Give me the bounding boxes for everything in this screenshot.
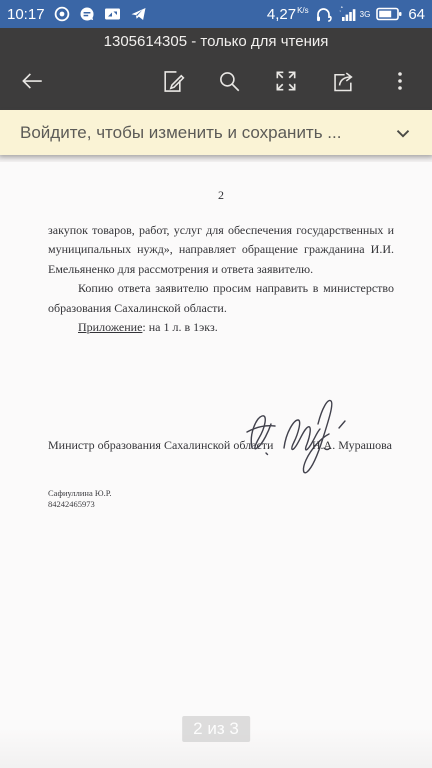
- contact-block: Сафиуллина Ю.Р. 84242465973: [48, 488, 394, 510]
- clock: 10:17: [7, 6, 45, 23]
- page-indicator-badge: 2 из 3: [182, 716, 250, 742]
- edit-document-icon: [159, 68, 186, 98]
- contact-phone: 84242465973: [48, 499, 394, 510]
- battery-percent: 64: [408, 6, 425, 23]
- chrome-icon: [54, 6, 70, 22]
- fullscreen-button[interactable]: [264, 61, 308, 105]
- search-button[interactable]: [207, 61, 251, 105]
- page-top-shadow: [0, 155, 432, 162]
- contact-name: Сафиуллина Ю.Р.: [48, 488, 394, 499]
- network-type-badge: 3G: [360, 10, 371, 19]
- back-button[interactable]: [10, 61, 54, 105]
- battery-icon: [376, 7, 402, 21]
- back-arrow-icon: [19, 68, 45, 97]
- share-button[interactable]: [321, 61, 365, 105]
- word-mobile-viewer-screen: 10:17 4,27K/s 3G: [0, 0, 432, 768]
- network-speed-unit: K/s: [297, 6, 309, 15]
- search-icon: [216, 68, 242, 97]
- document-scroll-area[interactable]: 2 закупок товаров, работ, услуг для обес…: [0, 155, 432, 768]
- attachment-label: Приложение: [78, 320, 142, 334]
- edit-button[interactable]: [150, 61, 194, 105]
- signal-bars-icon: [338, 5, 357, 23]
- status-bar-left: 10:17: [7, 6, 147, 23]
- screenshot-icon: [104, 6, 121, 22]
- toolbar-actions: [150, 61, 422, 105]
- network-speed: 4,27K/s: [267, 6, 309, 23]
- status-bar-right: 4,27K/s 3G 64: [267, 5, 425, 23]
- paragraph: закупок товаров, работ, услуг для обеспе…: [48, 221, 394, 280]
- overflow-menu-button[interactable]: [378, 61, 422, 105]
- signer-name: Н.А. Мурашова: [312, 436, 392, 456]
- chevron-down-icon[interactable]: [388, 118, 418, 148]
- fullscreen-expand-icon: [273, 68, 299, 97]
- signer-title: Министр образования Сахалинской области: [48, 436, 273, 456]
- attachment-detail: : на 1 л. в 1экз.: [142, 320, 217, 334]
- headset-icon: [315, 6, 332, 23]
- overflow-menu-icon: [388, 69, 412, 96]
- status-bar: 10:17 4,27K/s 3G: [0, 0, 432, 28]
- paragraph: Копию ответа заявителю просим направить …: [48, 279, 394, 318]
- page-number: 2: [48, 186, 394, 206]
- attachment-line: Приложение: на 1 л. в 1экз.: [48, 318, 394, 338]
- signin-banner-text: Войдите, чтобы изменить и сохранить ...: [20, 123, 388, 143]
- toolbar: [0, 55, 432, 110]
- signature-row: Министр образования Сахалинской области …: [48, 396, 394, 478]
- chat-icon: [79, 6, 95, 22]
- document-page: 2 закупок товаров, работ, услуг для обес…: [0, 162, 432, 510]
- telegram-icon: [130, 6, 147, 22]
- share-icon: [330, 68, 357, 98]
- title-bar: 1305614305 - только для чтения: [0, 28, 432, 55]
- document-title: 1305614305 - только для чтения: [104, 33, 329, 50]
- signin-banner[interactable]: Войдите, чтобы изменить и сохранить ...: [0, 110, 432, 155]
